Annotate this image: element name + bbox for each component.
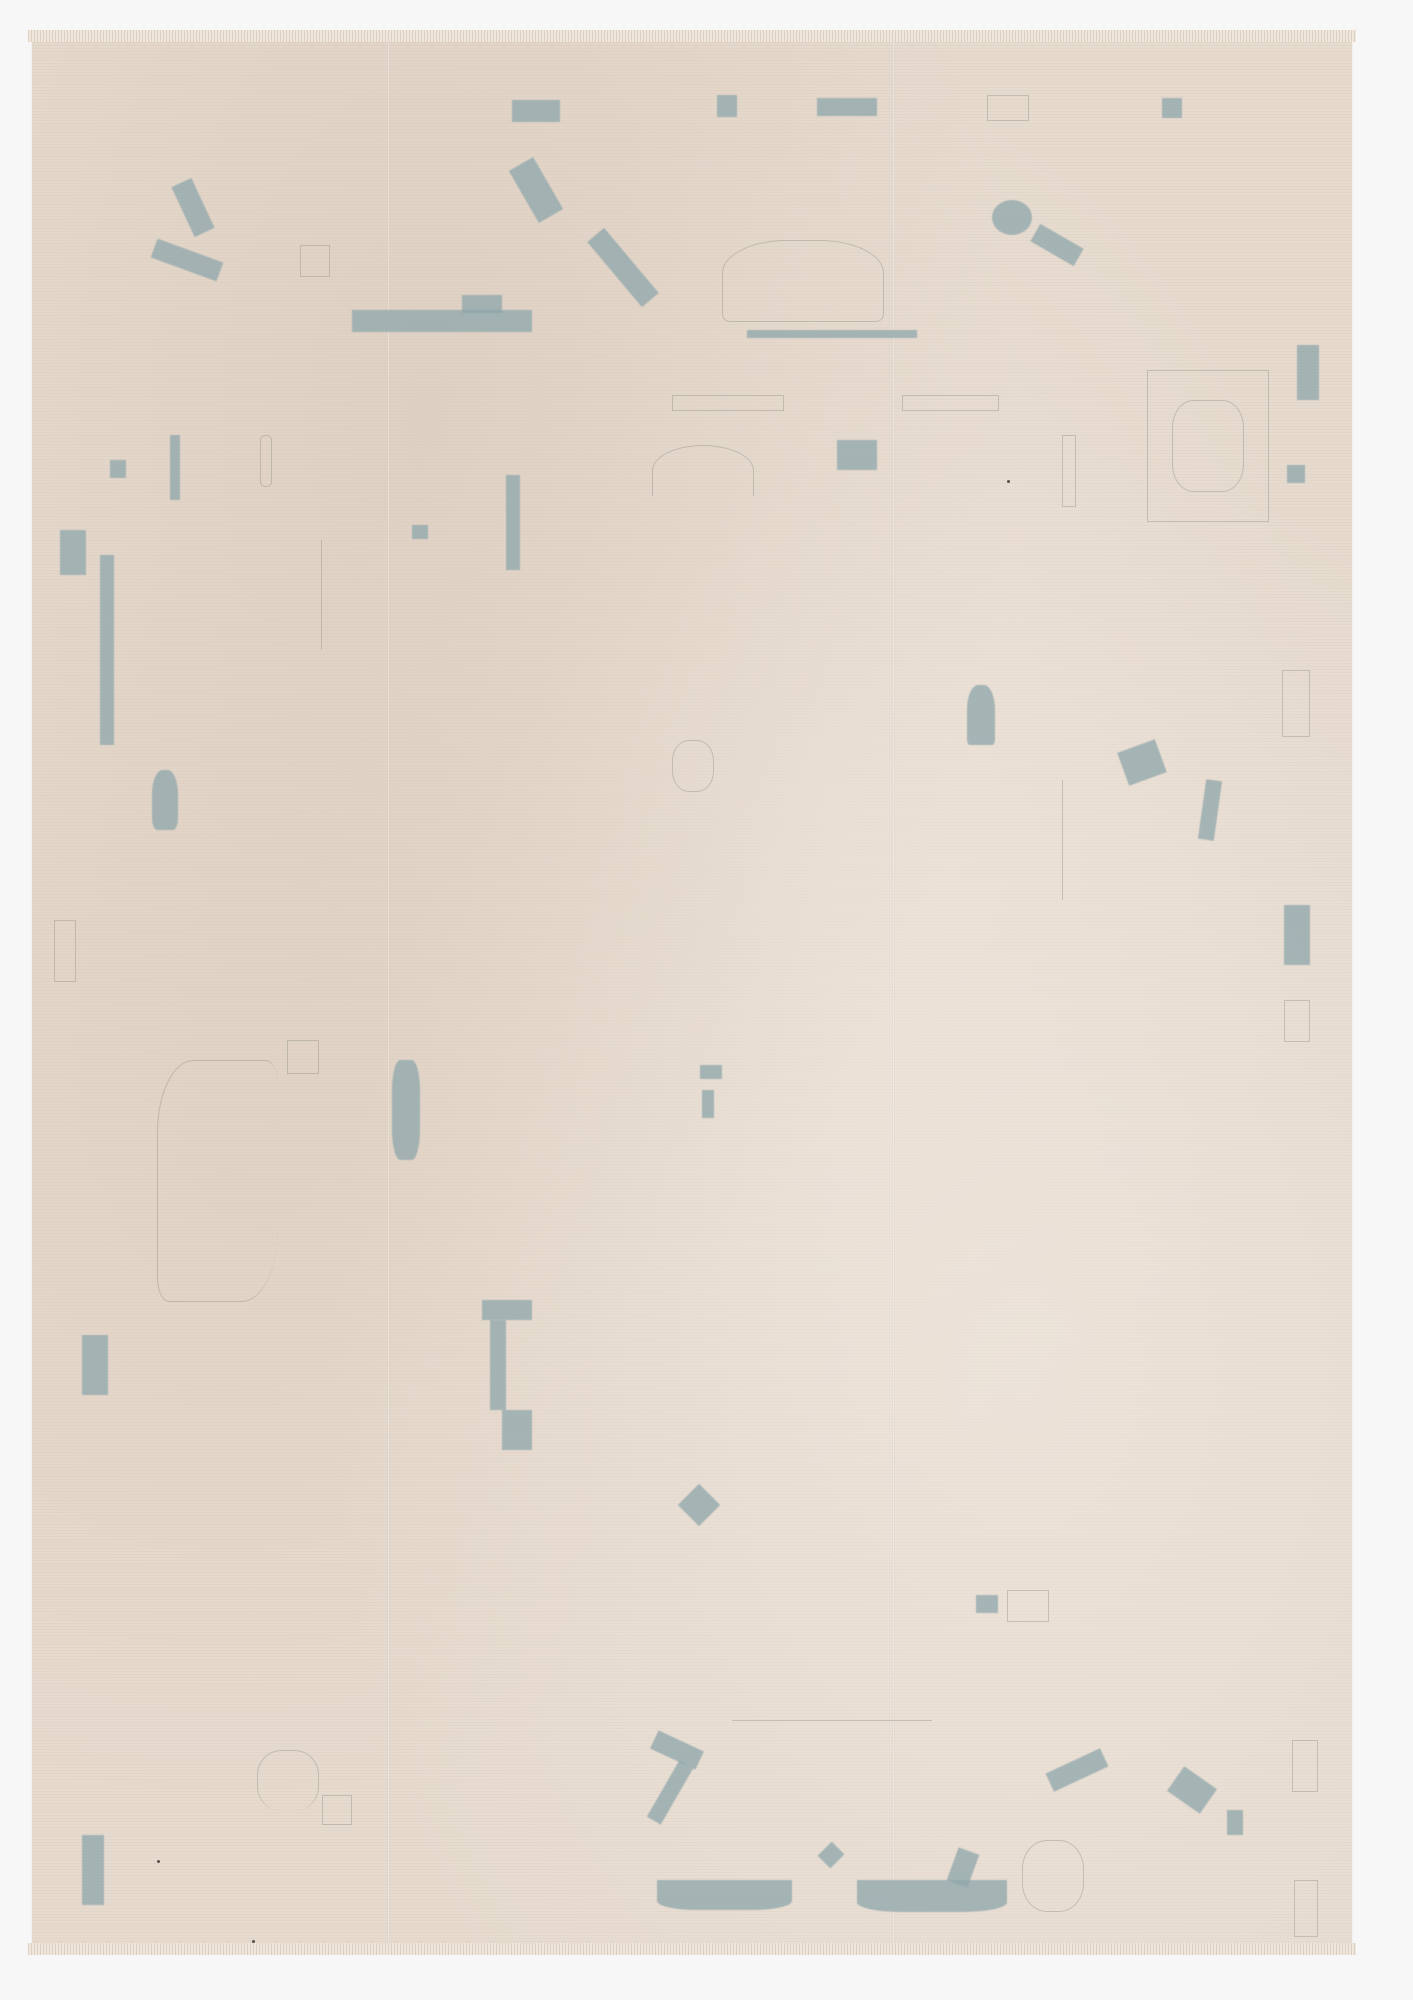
motif-outline <box>260 435 272 487</box>
motif-flower <box>1030 224 1083 266</box>
stain-spot <box>1007 480 1010 483</box>
motif-s <box>490 1320 506 1410</box>
motif-border <box>1284 1000 1310 1042</box>
motif <box>717 95 737 117</box>
motif-outline-vine <box>157 1060 278 1302</box>
motif-border <box>54 920 76 982</box>
motif-outline <box>1022 1840 1084 1912</box>
motif <box>509 157 563 223</box>
motif-border <box>1297 345 1319 400</box>
motif-outline-line <box>1062 780 1077 900</box>
motif-border <box>82 1835 104 1905</box>
motif <box>700 1065 722 1079</box>
motif <box>512 100 560 122</box>
motif-border <box>1282 670 1310 737</box>
motif-leaf <box>1167 1766 1217 1814</box>
motif-border <box>82 1335 108 1395</box>
motif-outline <box>1062 435 1076 507</box>
motif <box>702 1090 714 1118</box>
motif-x <box>647 1760 693 1824</box>
motif-outline <box>1007 1590 1049 1622</box>
motif-boat <box>857 1880 1007 1912</box>
motif-boat <box>657 1880 792 1910</box>
top-fringe <box>28 30 1356 42</box>
stain-spot <box>252 1940 255 1943</box>
motif-outline-vine <box>257 1750 319 1811</box>
motif-border <box>1294 1880 1318 1937</box>
motif-outline-cross <box>300 245 330 277</box>
motif <box>152 770 178 830</box>
motif <box>817 98 877 116</box>
motif-outline-cross <box>322 1795 352 1825</box>
motif <box>967 685 995 745</box>
motif-leaf <box>151 239 224 282</box>
motif <box>1162 98 1182 118</box>
motif-outline <box>902 395 999 411</box>
motif-leaf <box>1046 1748 1109 1791</box>
motif-s <box>502 1410 532 1450</box>
weave-seam <box>892 40 895 1945</box>
motif <box>462 295 502 313</box>
motif-outline <box>672 740 714 792</box>
motif-outline <box>987 95 1029 121</box>
motif <box>1198 779 1222 841</box>
motif-diamond <box>678 1484 720 1526</box>
motif <box>976 1595 998 1613</box>
motif-x <box>587 228 658 307</box>
motif <box>60 530 86 575</box>
bottom-fringe <box>28 1943 1356 1955</box>
motif <box>837 440 877 470</box>
motif-medallion-inner <box>1172 400 1244 492</box>
motif-bar-vertical <box>100 555 114 745</box>
motif-border <box>1292 1740 1318 1792</box>
motif-leaf <box>171 178 214 237</box>
motif <box>1287 465 1305 483</box>
motif-outline-line <box>732 1720 932 1751</box>
motif <box>1227 1810 1243 1835</box>
motif <box>412 525 428 539</box>
stain-spot <box>157 1860 160 1863</box>
motif-bar <box>352 310 532 332</box>
motif-diamond <box>818 1842 845 1869</box>
motif-border <box>1284 905 1310 965</box>
motif-line <box>747 330 917 338</box>
motif <box>1117 739 1167 786</box>
motif <box>392 1060 420 1160</box>
motif-outline <box>672 395 784 411</box>
motif-outline-crown <box>722 240 884 322</box>
motif-bar-vertical <box>170 435 180 500</box>
motif-s <box>482 1300 532 1320</box>
motif-flower <box>992 200 1032 235</box>
motif <box>506 475 520 570</box>
rug <box>32 40 1352 1945</box>
motif-outline-cross <box>287 1040 319 1074</box>
motif <box>110 460 126 478</box>
motif-outline-line <box>307 540 322 650</box>
motif-outline-arch <box>652 445 754 496</box>
